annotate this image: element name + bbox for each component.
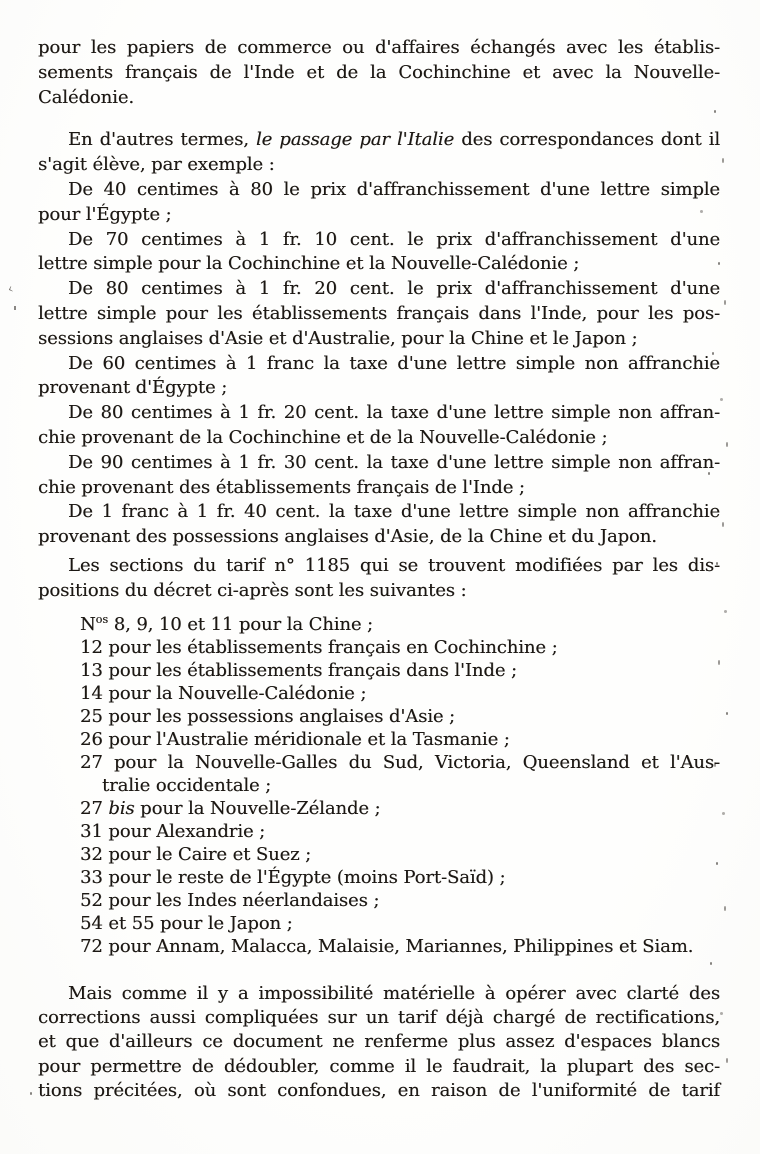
text-line: sements français de l'Inde et de la Coch… — [38, 61, 720, 86]
paragraph: Les sections du tarif n° 1185 qui se tro… — [38, 554, 720, 604]
text-line: chie provenant des établissements frança… — [38, 476, 720, 501]
ink-speck — [724, 610, 727, 613]
text-line: De 80 centimes à 1 fr. 20 cent. la taxe … — [38, 401, 720, 426]
ink-speck — [718, 262, 720, 265]
margin-mark-dot — [14, 306, 16, 310]
ink-speck — [720, 1012, 723, 1015]
text-line: Calédonie. — [38, 86, 720, 111]
ink-speck — [726, 1058, 728, 1063]
text-line: s'agit élève, par exemple : — [38, 153, 720, 178]
text-line: sessions anglaises d'Asie et d'Australie… — [38, 327, 720, 352]
text-run: En d'autres termes, — [68, 129, 256, 150]
list-item: 32 pour le Caire et Suez ; — [38, 843, 720, 866]
list-item: 27 pour la Nouvelle-Galles du Sud, Victo… — [38, 751, 720, 774]
text-line: De 1 franc à 1 fr. 40 cent. la taxe d'un… — [38, 500, 720, 525]
text-line: pour permettre de dédoubler, comme il le… — [38, 1055, 720, 1079]
text-line: lettre simple pour les établissements fr… — [38, 302, 720, 327]
text-column: pour les papiers de commerce ou d'affair… — [38, 36, 720, 1104]
text-line: lettre simple pour la Cochinchine et la … — [38, 252, 720, 277]
paragraph: De 60 centimes à 1 franc la taxe d'une l… — [38, 352, 720, 402]
superscript-text: os — [96, 613, 108, 626]
italic-text-run: bis — [108, 798, 134, 819]
text-run: 27 — [80, 798, 108, 819]
text-line: provenant d'Égypte ; — [38, 376, 720, 401]
ink-speck — [716, 862, 718, 865]
paragraph: De 1 franc à 1 fr. 40 cent. la taxe d'un… — [38, 500, 720, 550]
text-line: tions précitées, où sont confondues, en … — [38, 1079, 720, 1103]
paragraph: De 80 centimes à 1 fr. 20 cent. le prix … — [38, 277, 720, 351]
ink-speck — [726, 712, 728, 715]
list-item: 27 bis pour la Nouvelle-Zélande ; — [38, 797, 720, 820]
text-line: pour les papiers de commerce ou d'affair… — [38, 36, 720, 61]
text-line: De 60 centimes à 1 franc la taxe d'une l… — [38, 352, 720, 377]
list-item: 31 pour Alexandrie ; — [38, 820, 720, 843]
list-item: Nos 8, 9, 10 et 11 pour la Chine ; — [38, 608, 720, 636]
ink-speck — [722, 812, 725, 815]
paragraph: De 40 centimes à 80 le prix d'affranchis… — [38, 178, 720, 228]
text-line: En d'autres termes, le passage par l'Ita… — [38, 128, 720, 153]
ink-speck — [716, 562, 718, 565]
ink-speck — [712, 352, 714, 355]
list-item: 13 pour les établissements français dans… — [38, 659, 720, 682]
margin-mark: ‹ — [6, 282, 16, 298]
ink-speck — [718, 660, 720, 665]
text-line: positions du décret ci-après sont les su… — [38, 579, 720, 604]
paragraph: En d'autres termes, le passage par l'Ita… — [38, 128, 720, 178]
text-run: des correspondances dont il — [454, 129, 720, 150]
list-item: 12 pour les établissements français en C… — [38, 636, 720, 659]
text-line: et que d'ailleurs ce document ne renferm… — [38, 1030, 720, 1054]
paragraph: De 90 centimes à 1 fr. 30 cent. la taxe … — [38, 451, 720, 501]
list-item: 52 pour les Indes néerlandaises ; — [38, 889, 720, 912]
text-line: chie provenant de la Cochinchine et de l… — [38, 426, 720, 451]
text-line: corrections aussi compliquées sur un tar… — [38, 1006, 720, 1030]
ink-speck — [30, 1092, 32, 1095]
text-line: De 80 centimes à 1 fr. 20 cent. le prix … — [38, 277, 720, 302]
ink-speck — [714, 762, 716, 767]
text-line: Les sections du tarif n° 1185 qui se tro… — [38, 554, 720, 579]
italic-text-run: le passage par l'Italie — [256, 129, 454, 150]
list-item: 25 pour les possessions anglaises d'Asie… — [38, 705, 720, 728]
list-item: 33 pour le reste de l'Égypte (moins Port… — [38, 866, 720, 889]
paragraph: De 70 centimes à 1 fr. 10 cent. le prix … — [38, 228, 720, 278]
ink-speck — [726, 442, 728, 447]
ink-speck — [722, 158, 724, 163]
text-line: De 90 centimes à 1 fr. 30 cent. la taxe … — [38, 451, 720, 476]
paragraph: pour les papiers de commerce ou d'affair… — [38, 36, 720, 110]
list-item: 26 pour l'Australie méridionale et la Ta… — [38, 728, 720, 751]
ink-speck — [714, 110, 716, 113]
ink-speck — [720, 398, 723, 401]
text-line: Mais comme il y a impossibilité matériel… — [38, 982, 720, 1006]
text-run: pour la Nouvelle-Zélande ; — [135, 798, 381, 819]
text-line: De 70 centimes à 1 fr. 10 cent. le prix … — [38, 228, 720, 253]
ink-speck — [700, 210, 703, 213]
ink-speck — [722, 522, 724, 527]
ink-speck — [724, 300, 726, 305]
section-list: Nos 8, 9, 10 et 11 pour la Chine ; 12 po… — [38, 608, 720, 958]
text-line: pour l'Égypte ; — [38, 203, 720, 228]
text-line: provenant des possessions anglaises d'As… — [38, 525, 720, 550]
text-run: 8, 9, 10 et 11 pour la Chine ; — [108, 614, 373, 635]
ink-speck — [708, 472, 710, 475]
list-item: 54 et 55 pour le Japon ; — [38, 912, 720, 935]
ink-speck — [724, 906, 726, 911]
ink-speck — [710, 962, 712, 965]
text-run: N — [80, 614, 96, 635]
list-item: 72 pour Annam, Malacca, Malaisie, Marian… — [38, 935, 720, 958]
paragraph: Mais comme il y a impossibilité matériel… — [38, 982, 720, 1104]
list-item-continuation: tralie occidentale ; — [38, 774, 720, 797]
paragraph: De 80 centimes à 1 fr. 20 cent. la taxe … — [38, 401, 720, 451]
list-item: 14 pour la Nouvelle-Calédonie ; — [38, 682, 720, 705]
scanned-page: pour les papiers de commerce ou d'affair… — [0, 0, 760, 1154]
text-line: De 40 centimes à 80 le prix d'affranchis… — [38, 178, 720, 203]
